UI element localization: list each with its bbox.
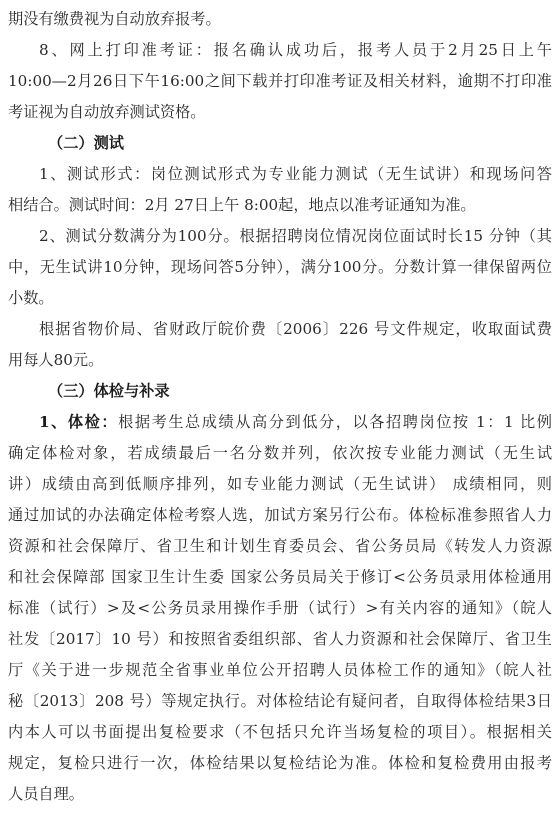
text-line: 相结合。测试时间：2月 27日上午 8:00起，地点以准考证通知为准。 bbox=[8, 190, 552, 220]
text-line: 人员自理。 bbox=[8, 779, 552, 809]
text-line: 资源和社会保障厅、省卫生和计划生育委员会、省公务员局《转发人力资源 bbox=[8, 531, 552, 561]
text-line: 讲）成绩由高到低顺序排列，如专业能力测试（无生试讲） 成绩相同，则 bbox=[8, 469, 552, 499]
bold-label: 1、体检： bbox=[39, 413, 118, 431]
text-line: 10:00—2月26日下午16:00之间下载并打印准考证及相关材料，逾期不打印准 bbox=[8, 66, 552, 96]
section-heading-test: （二）测试 bbox=[8, 128, 552, 158]
section-heading-physical-exam: （三）体检与补录 bbox=[8, 376, 552, 406]
text-line: 用每人80元。 bbox=[8, 345, 552, 375]
text-line: 2、测试分数满分为100分。根据招聘岗位情况岗位面试时长15 分钟（其 bbox=[8, 221, 552, 251]
document-page: 期没有缴费视为自动放弃报考。 8、网上打印准考证：报名确认成功后，报考人员于2月… bbox=[0, 0, 560, 840]
text-line: 1、测试形式：岗位测试形式为专业能力测试（无生试讲）和现场问答 bbox=[8, 159, 552, 189]
text-line: 小数。 bbox=[8, 283, 552, 313]
text-line: 厅《关于进一步规范全省事业单位公开招聘人员体检工作的通知》（皖人社 bbox=[8, 655, 552, 685]
text-line: 规定，复检只进行一次，体检结果以复检结论为准。体检和复检费用由报考 bbox=[8, 748, 552, 778]
text-line: 期没有缴费视为自动放弃报考。 bbox=[8, 4, 552, 34]
text-line: 确定体检对象，若成绩最后一名分数并列，依次按专业能力测试（无生试 bbox=[8, 438, 552, 468]
text-line: 根据省物价局、省财政厅皖价费〔2006〕226 号文件规定，收取面试费 bbox=[8, 314, 552, 344]
text-line: 中，无生试讲10分钟，现场问答5分钟），满分100分。分数计算一律保留两位 bbox=[8, 252, 552, 282]
text-line: 社发〔2017〕10 号）和按照省委组织部、省人力资源和社会保障厅、省卫生 bbox=[8, 624, 552, 654]
text-line: 和社会保障部 国家卫生计生委 国家公务员局关于修订<公务员录用体检通用 bbox=[8, 562, 552, 592]
text-line: 考证视为自动放弃测试资格。 bbox=[8, 97, 552, 127]
text-line: 标准（试行）>及<公务员录用操作手册（试行）>有关内容的通知》（皖人 bbox=[8, 593, 552, 623]
text-line: 内本人可以书面提出复检要求（不包括只允许当场复检的项目）。根据相关 bbox=[8, 717, 552, 747]
text-line: 通过加试的办法确定体检考察人选，加试方案另行公布。体检标准参照省人力 bbox=[8, 500, 552, 530]
text-line: 1、体检：根据考生总成绩从高分到低分，以各招聘岗位按 1：1 比例 bbox=[8, 407, 552, 437]
text-line: 8、网上打印准考证：报名确认成功后，报考人员于2月25日上午 bbox=[8, 35, 552, 65]
text-span: 根据考生总成绩从高分到低分，以各招聘岗位按 1：1 比例 bbox=[118, 413, 552, 431]
text-line: 秘〔2013〕208 号）等规定执行。对体检结论有疑问者，自取得体检结果3日 bbox=[8, 686, 552, 716]
